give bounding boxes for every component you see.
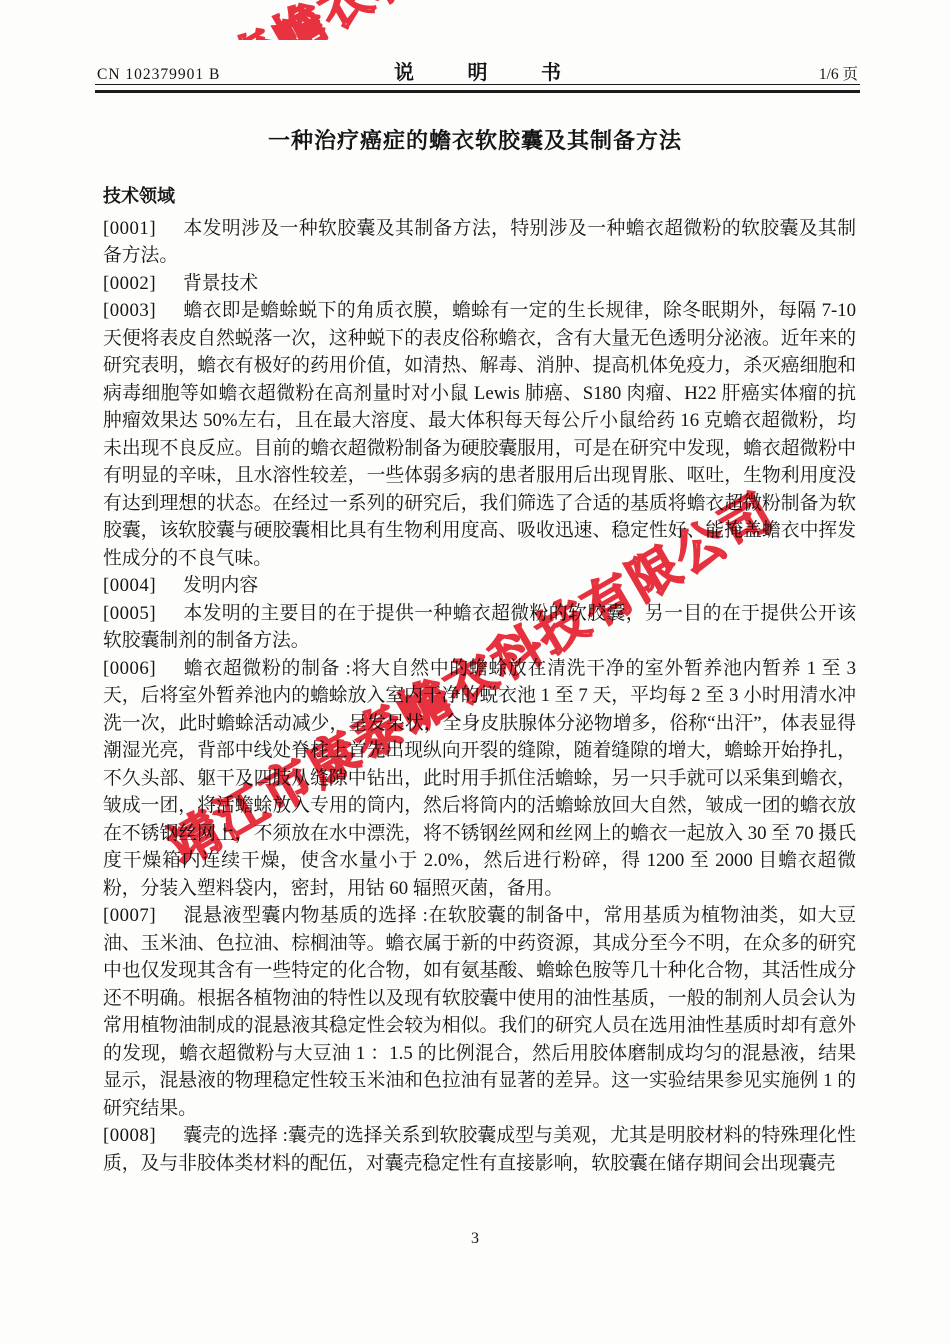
- paragraph-tag: [0002]: [103, 270, 183, 298]
- document-type-title: 说 明 书: [327, 56, 628, 85]
- paragraph-text: 囊壳的选择 :囊壳的选择关系到软胶囊成型与美观，尤其是明胶材料的特殊理化性质，及…: [103, 1125, 856, 1174]
- header-divider-rule: [95, 84, 860, 93]
- paragraphs-container: [0001]本发明涉及一种软胶囊及其制备方法，特别涉及一种蟾衣超微粉的软胶囊及其…: [103, 215, 856, 1178]
- document-body: 技术领域 [0001]本发明涉及一种软胶囊及其制备方法，特别涉及一种蟾衣超微粉的…: [103, 183, 856, 1177]
- section-heading-technical-field: 技术领域: [103, 183, 856, 211]
- page-indicator: 1/6 页: [628, 62, 858, 84]
- paragraph-text: 混悬液型囊内物基质的选择 :在软胶囊的制备中，常用基质为植物油类，如大豆油、玉米…: [103, 905, 856, 1119]
- paragraph-tag: [0005]: [103, 600, 183, 628]
- page-header: CN 102379901 B 说 明 书 1/6 页: [97, 56, 858, 85]
- patent-document-page: CN 102379901 B 说 明 书 1/6 页 一种治疗癌症的蟾衣软胶囊及…: [0, 0, 950, 1344]
- paragraph-tag: [0008]: [103, 1122, 183, 1150]
- paragraph-text: 背景技术: [183, 273, 258, 294]
- paragraph-text: 蟾衣即是蟾蜍蜕下的角质衣膜，蟾蜍有一定的生长规律，除冬眠期外，每隔 7-10 天…: [103, 300, 856, 569]
- paragraph-tag: [0007]: [103, 902, 183, 930]
- paragraph-text: 本发明涉及一种软胶囊及其制备方法，特别涉及一种蟾衣超微粉的软胶囊及其制备方法。: [103, 218, 856, 267]
- company-watermark-partial: 靖江市康泰蟾衣科技有限公司: [29, 0, 662, 40]
- paragraph-tag: [0001]: [103, 215, 183, 243]
- paragraph-text: 蟾衣超微粉的制备 :将大自然中的蟾蜍放在清洗干净的室外暂养池内暂养 1 至 3 …: [103, 658, 856, 899]
- watermark-top-clip: 靖江市康泰蟾衣科技有限公司: [0, 0, 950, 40]
- paragraph-text: 发明内容: [183, 575, 258, 596]
- paragraph-0001: [0001]本发明涉及一种软胶囊及其制备方法，特别涉及一种蟾衣超微粉的软胶囊及其…: [103, 215, 856, 270]
- document-number: CN 102379901 B: [97, 66, 327, 84]
- paragraph-text: 本发明的主要目的在于提供一种蟾衣超微粉的软胶囊，另一目的在于提供公开该软胶囊制剂…: [103, 603, 856, 652]
- paragraph-0002: [0002]背景技术: [103, 270, 856, 298]
- paragraph-0005: [0005]本发明的主要目的在于提供一种蟾衣超微粉的软胶囊，另一目的在于提供公开…: [103, 600, 856, 655]
- invention-title: 一种治疗癌症的蟾衣软胶囊及其制备方法: [0, 124, 950, 155]
- paragraph-0004: [0004]发明内容: [103, 572, 856, 600]
- paragraph-0008: [0008]囊壳的选择 :囊壳的选择关系到软胶囊成型与美观，尤其是明胶材料的特殊…: [103, 1122, 856, 1177]
- paragraph-tag: [0006]: [103, 655, 183, 683]
- paragraph-0007: [0007]混悬液型囊内物基质的选择 :在软胶囊的制备中，常用基质为植物油类，如…: [103, 902, 856, 1122]
- page-number: 3: [0, 1230, 950, 1248]
- paragraph-0003: [0003]蟾衣即是蟾蜍蜕下的角质衣膜，蟾蜍有一定的生长规律，除冬眠期外，每隔 …: [103, 297, 856, 572]
- paragraph-tag: [0004]: [103, 572, 183, 600]
- paragraph-tag: [0003]: [103, 297, 183, 325]
- paragraph-0006: [0006]蟾衣超微粉的制备 :将大自然中的蟾蜍放在清洗干净的室外暂养池内暂养 …: [103, 655, 856, 903]
